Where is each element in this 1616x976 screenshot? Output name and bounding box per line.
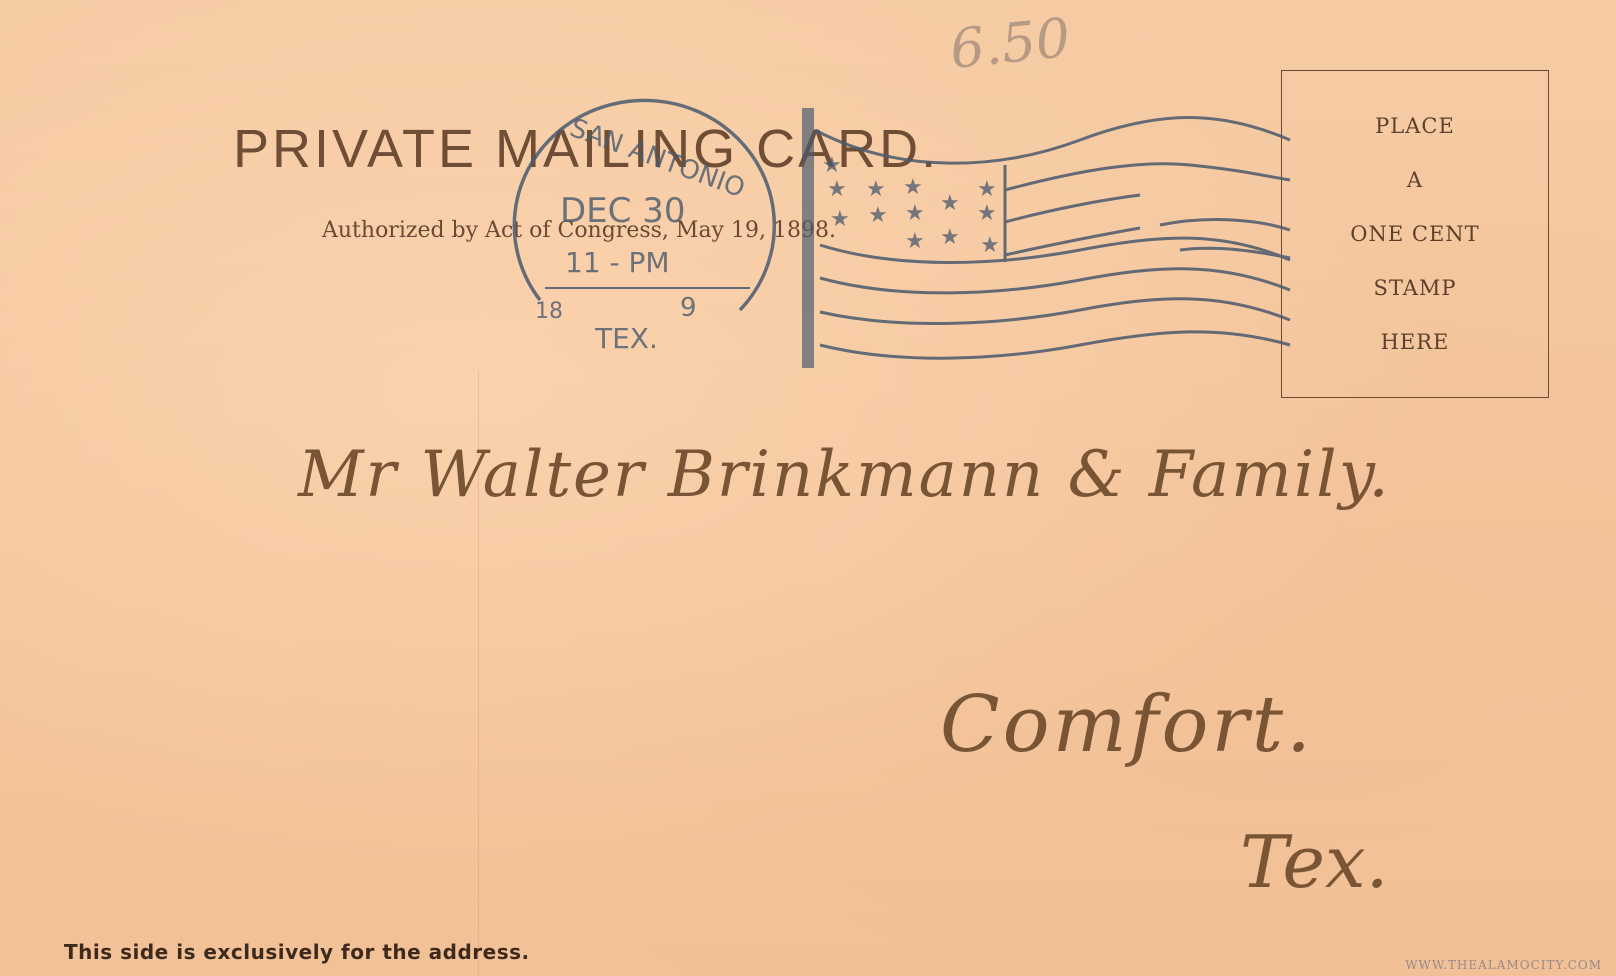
svg-text:★: ★ [868, 203, 888, 228]
source-watermark: WWW.THEALAMOCITY.COM [1405, 958, 1602, 972]
address-side-note: This side is exclusively for the address… [64, 940, 530, 964]
postmark-year-prefix: 18 [535, 299, 563, 324]
stamp-line: A [1407, 164, 1423, 196]
svg-text:★: ★ [940, 191, 960, 216]
svg-text:★: ★ [905, 201, 925, 226]
postcard: 6.50 PRIVATE MAILING CARD. Authorized by… [0, 0, 1616, 976]
postmark-time: 11 - PM [565, 246, 670, 279]
svg-text:★: ★ [866, 177, 886, 202]
recipient-city: Comfort. [940, 680, 1314, 770]
svg-text:★: ★ [977, 201, 997, 226]
stamp-line: PLACE [1375, 110, 1455, 142]
svg-text:★: ★ [940, 225, 960, 250]
postmark-state: TEX. [594, 322, 658, 355]
stamp-box: PLACE A ONE CENT STAMP HERE [1281, 70, 1549, 398]
recipient-state: Tex. [1240, 820, 1389, 904]
postmark-year-suffix: 9 [680, 293, 697, 323]
svg-text:★: ★ [977, 177, 997, 202]
card-title: PRIVATE MAILING CARD. [233, 118, 939, 180]
recipient-name: Mr Walter Brinkmann & Family. [298, 438, 1391, 512]
pencil-price-note: 6.50 [947, 6, 1073, 81]
svg-text:★: ★ [827, 177, 847, 202]
svg-text:★: ★ [905, 229, 925, 254]
svg-text:★: ★ [980, 233, 1000, 258]
stamp-line: ONE CENT [1350, 218, 1479, 250]
stamp-line: HERE [1381, 326, 1450, 358]
card-subtitle: Authorized by Act of Congress, May 19, 1… [322, 218, 836, 243]
stamp-line: STAMP [1373, 272, 1456, 304]
